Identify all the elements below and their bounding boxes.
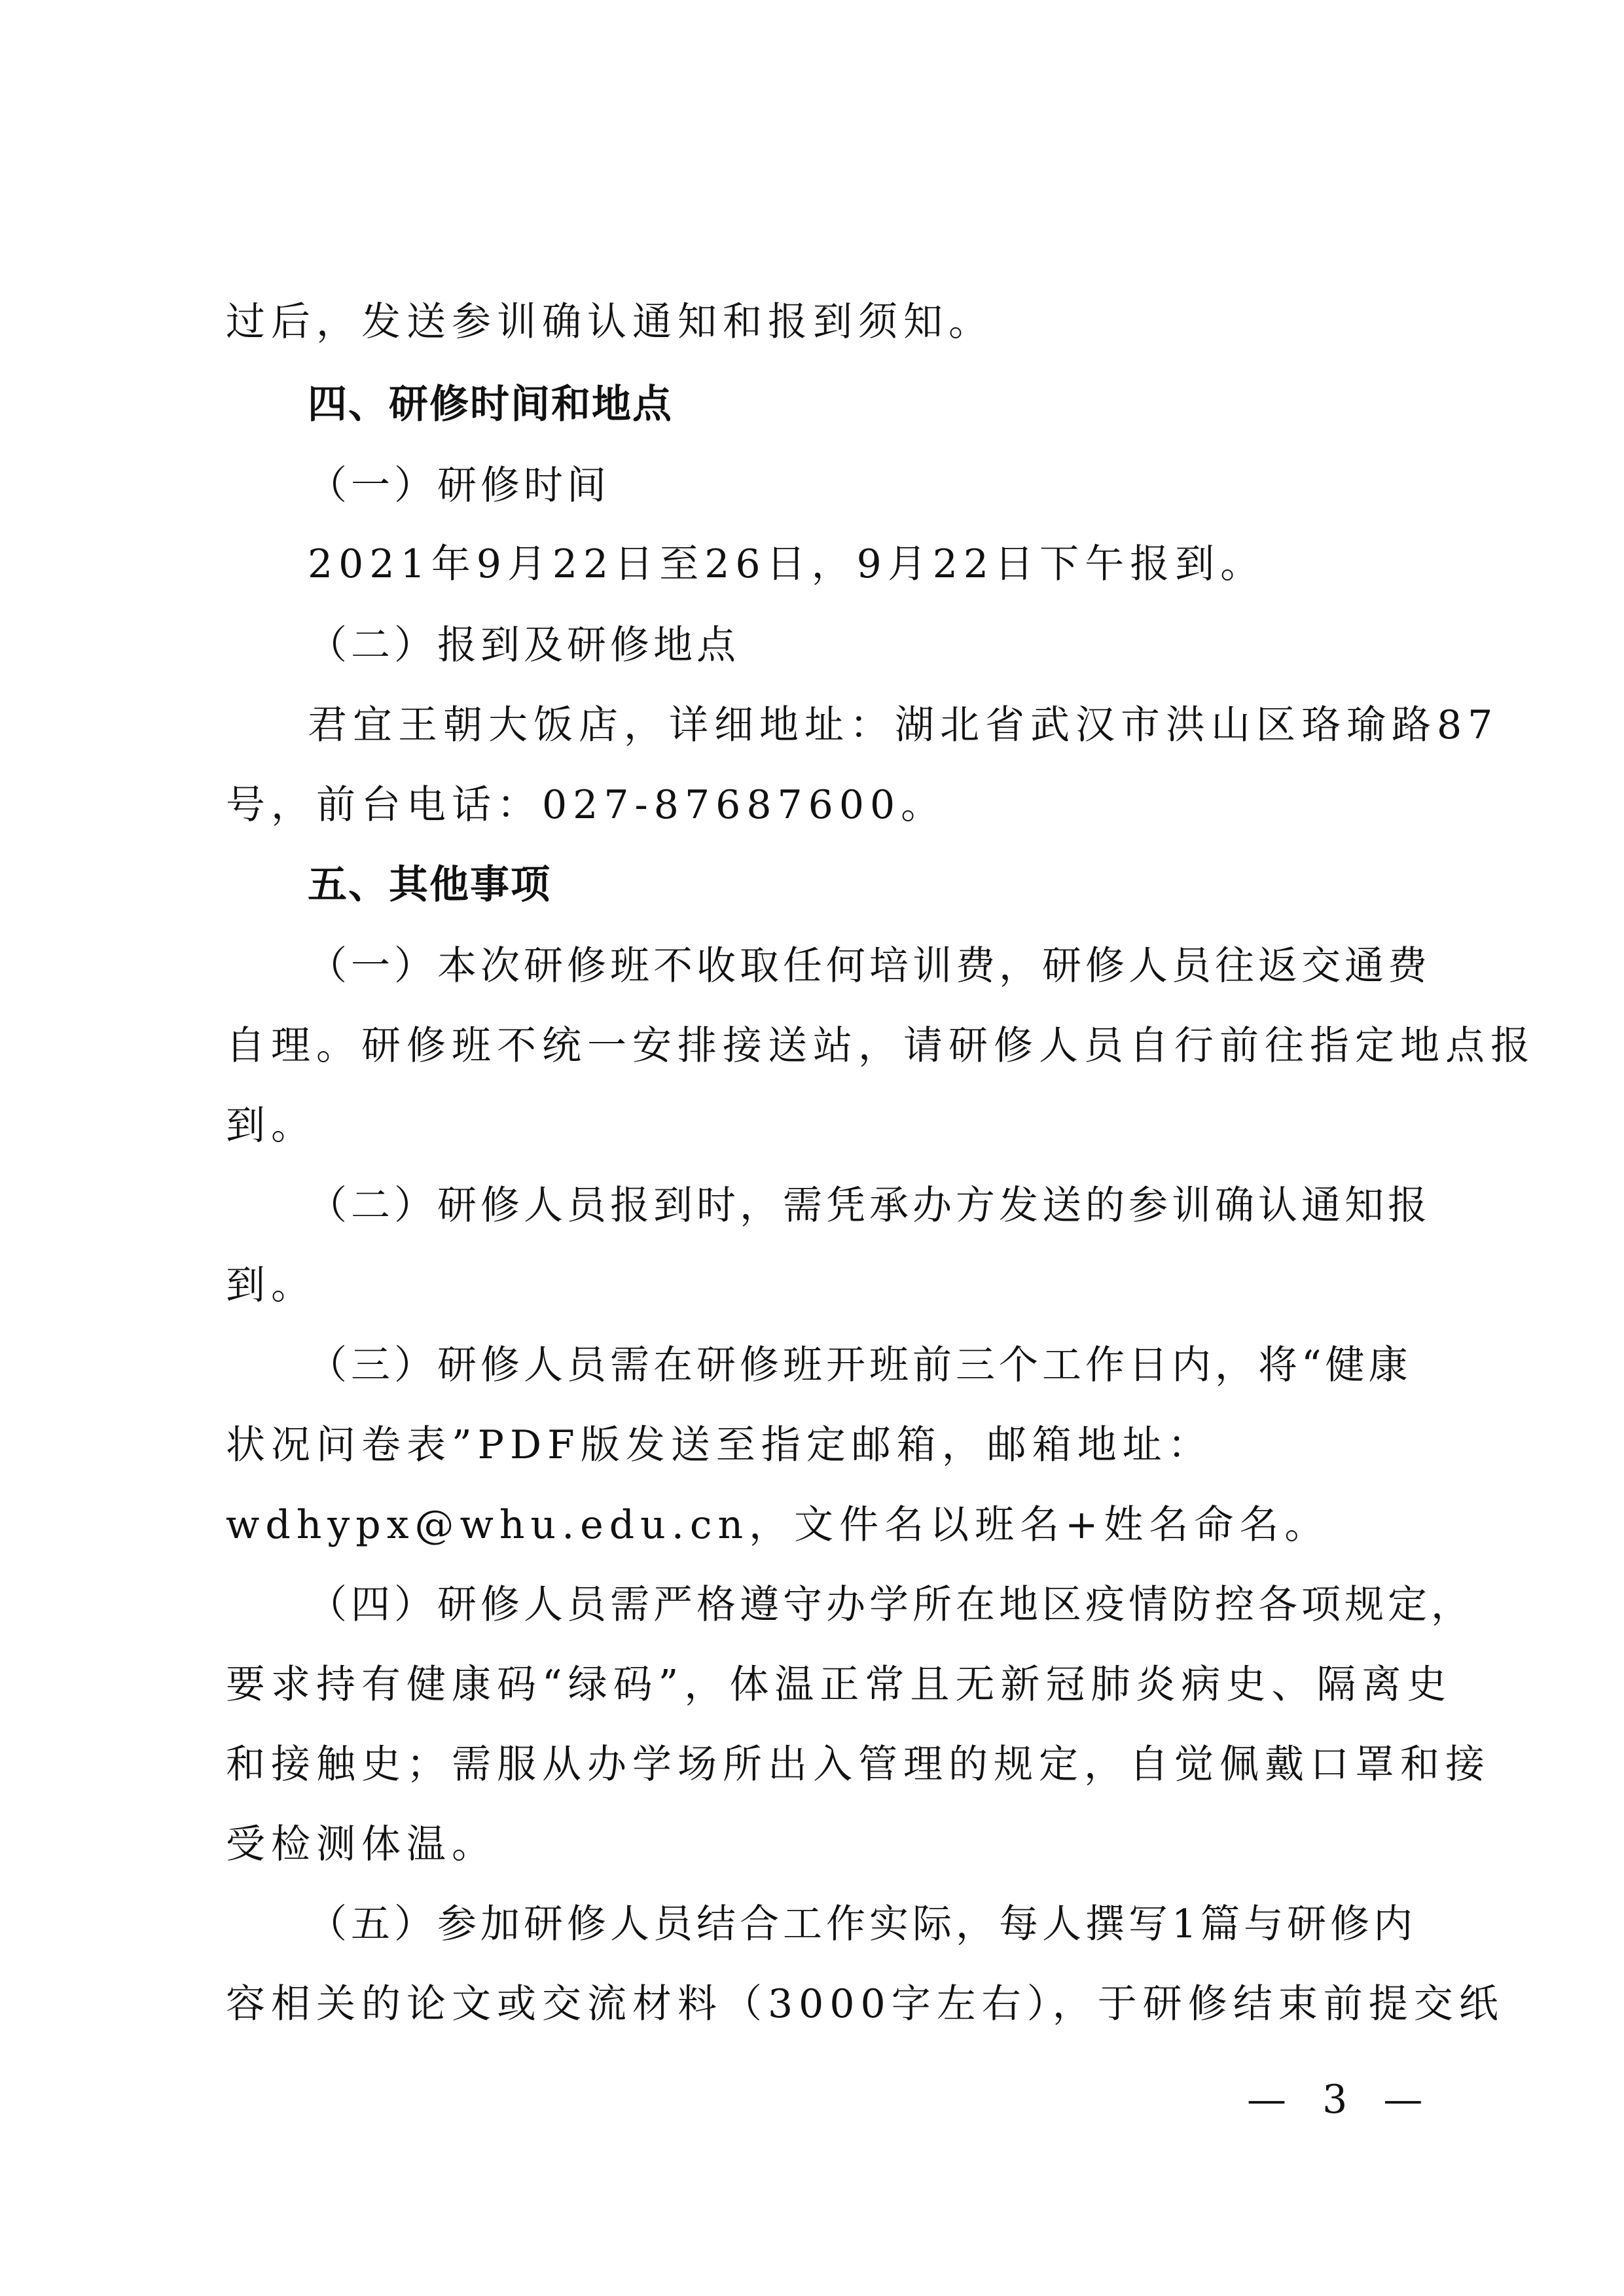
- paragraph-line: 过后，发送参训确认通知和报到须知。: [226, 296, 994, 348]
- paragraph-line: （二）研修人员报到时，需凭承办方发送的参训确认通知报: [308, 1179, 1431, 1232]
- paragraph-line: 受检测体温。: [226, 1818, 497, 1871]
- paragraph-line: （五）参加研修人员结合工作实际，每人撰写1篇与研修内: [308, 1898, 1416, 1950]
- section-heading-other-matters: 五、其他事项: [308, 859, 551, 911]
- paragraph-line: 和接触史；需服从办学场所出入管理的规定，自觉佩戴口罩和接: [226, 1738, 1490, 1791]
- paragraph-line: （四）研修人员需严格遵守办学所在地区疫情防控各项规定，: [308, 1579, 1474, 1631]
- page-number: — 3 —: [1247, 2073, 1434, 2126]
- paragraph-line-email: wdhypx@whu.edu.cn，文件名以班名+姓名命名。: [226, 1499, 1329, 1551]
- paragraph-line: （一）本次研修班不收取任何培训费，研修人员往返交通费: [308, 940, 1431, 992]
- paragraph-line: 状况问卷表”PDF版发送至指定邮箱，邮箱地址：: [226, 1419, 1213, 1471]
- paragraph-line: 到。: [226, 1259, 316, 1312]
- subheading-training-time: （一）研修时间: [308, 459, 610, 512]
- section-heading-schedule-location: 四、研修时间和地点: [308, 378, 673, 431]
- paragraph-line: 自理。研修班不统一安排接送站，请研修人员自行前往指定地点报: [226, 1020, 1536, 1072]
- paragraph-line: 号，前台电话：027-87687600。: [226, 779, 946, 831]
- paragraph-line: 容相关的论文或交流材料（3000字左右），于研修结束前提交纸: [226, 1978, 1504, 2030]
- paragraph-line: （三）研修人员需在研修班开班前三个工作日内，将“健康: [308, 1339, 1412, 1391]
- paragraph-line: 2021年9月22日至26日，9月22日下午报到。: [308, 538, 1265, 590]
- paragraph-line: 到。: [226, 1100, 316, 1152]
- subheading-registration-location: （二）报到及研修地点: [308, 619, 740, 672]
- paragraph-line: 君宜王朝大饭店，详细地址：湖北省武汉市洪山区珞瑜路87: [308, 699, 1498, 751]
- document-page: 过后，发送参训确认通知和报到须知。 四、研修时间和地点 （一）研修时间 2021…: [0, 0, 1624, 2296]
- paragraph-line: 要求持有健康码“绿码”，体温正常且无新冠肺炎病史、隔离史: [226, 1659, 1452, 1711]
